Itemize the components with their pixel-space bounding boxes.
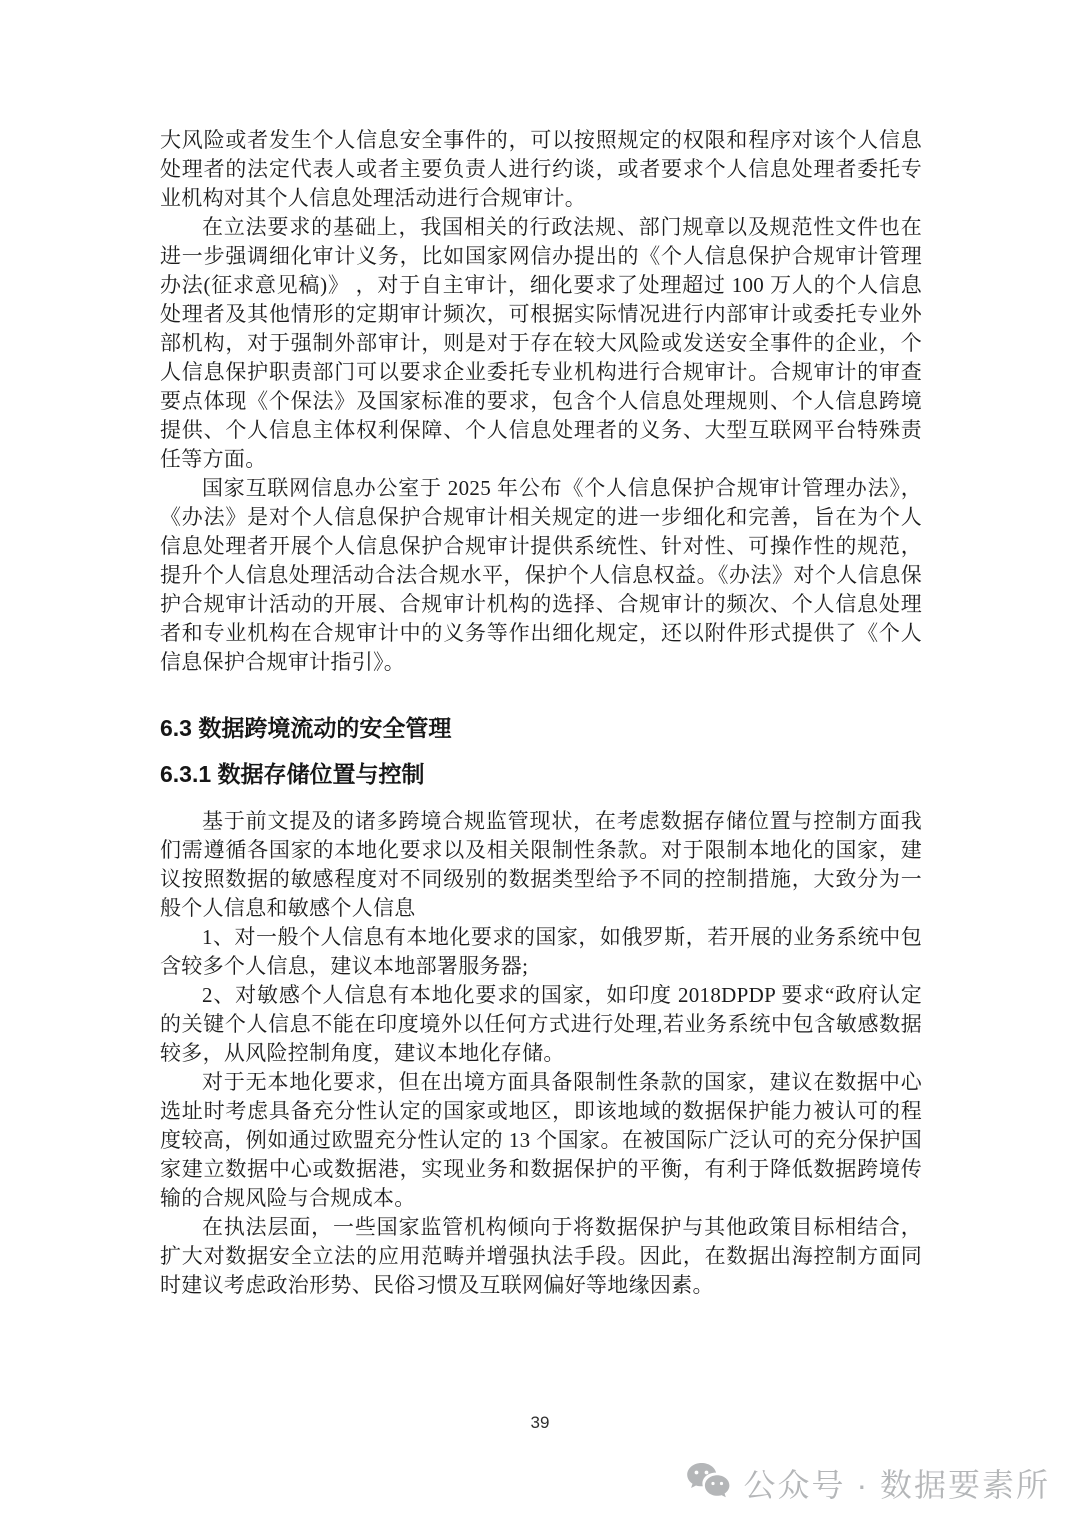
paragraph-7: 对于无本地化要求，但在出境方面具备限制性条款的国家，建议在数据中心选址时考虑具备…: [160, 1068, 922, 1213]
wechat-icon: [684, 1461, 732, 1505]
section-heading-6-3: 6.3 数据跨境流动的安全管理: [160, 713, 922, 743]
paragraph-1: 大风险或者发生个人信息安全事件的，可以按照规定的权限和程序对该个人信息处理者的法…: [160, 126, 922, 213]
watermark: 公众号 · 数据要素所: [684, 1460, 1050, 1506]
page-content: 大风险或者发生个人信息安全事件的，可以按照规定的权限和程序对该个人信息处理者的法…: [160, 126, 922, 1300]
paragraph-8: 在执法层面，一些国家监管机构倾向于将数据保护与其他政策目标相结合，扩大对数据安全…: [160, 1213, 922, 1300]
paragraph-5-list-item-1: 1、对一般个人信息有本地化要求的国家，如俄罗斯，若开展的业务系统中包含较多个人信…: [160, 923, 922, 981]
page-number: 39: [0, 1413, 1080, 1433]
paragraph-3: 国家互联网信息办公室于 2025 年公布《个人信息保护合规审计管理办法》，《办法…: [160, 474, 922, 677]
watermark-label: 公众号 · 数据要素所: [744, 1460, 1050, 1506]
document-page: 大风险或者发生个人信息安全事件的，可以按照规定的权限和程序对该个人信息处理者的法…: [0, 0, 1080, 1527]
subsection-heading-6-3-1: 6.3.1 数据存储位置与控制: [160, 759, 922, 789]
paragraph-6-list-item-2: 2、对敏感个人信息有本地化要求的国家，如印度 2018DPDP 要求“政府认定的…: [160, 981, 922, 1068]
paragraph-2: 在立法要求的基础上，我国相关的行政法规、部门规章以及规范性文件也在进一步强调细化…: [160, 213, 922, 474]
paragraph-4: 基于前文提及的诸多跨境合规监管现状，在考虑数据存储位置与控制方面我们需遵循各国家…: [160, 807, 922, 923]
